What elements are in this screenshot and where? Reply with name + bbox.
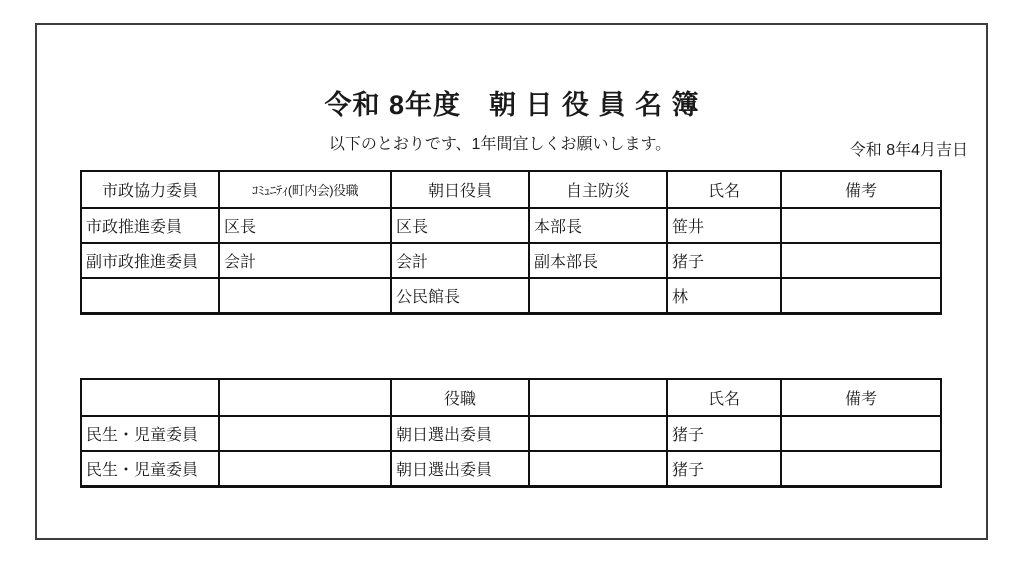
table-header-row: 市政協力委員 ｺﾐｭﾆﾃｨ(町内会)役職 朝日役員 自主防災 氏名 備考 [81,171,941,208]
header-cell: 市政協力委員 [81,171,219,208]
table-cell: 副市政推進委員 [81,243,219,278]
table-cell [219,416,391,451]
table-cell [781,451,941,486]
document-date: 令和 8年4月吉日 [850,137,968,160]
header-cell: 役職 [391,379,529,416]
page-title: 令和 8年度 朝 日 役 員 名 簿 [12,83,1012,122]
header-cell: 朝日役員 [391,171,529,208]
header-cell: ｺﾐｭﾆﾃｨ(町内会)役職 [219,171,391,208]
table-cell [781,278,941,313]
table-cell [219,278,391,313]
table-cell [781,416,941,451]
table-cell: 猪子 [667,243,781,278]
officer-roster-table: 市政協力委員 ｺﾐｭﾆﾃｨ(町内会)役職 朝日役員 自主防災 氏名 備考 市政推… [80,170,942,315]
table-cell: 市政推進委員 [81,208,219,243]
table-cell: 区長 [391,208,529,243]
table-cell: 副本部長 [529,243,667,278]
table-cell: 猪子 [667,416,781,451]
table-cell: 民生・児童委員 [81,416,219,451]
header-cell: 氏名 [667,379,781,416]
table-cell: 林 [667,278,781,313]
table-cell [781,243,941,278]
header-cell [219,379,391,416]
table-cell: 区長 [219,208,391,243]
table-cell: 民生・児童委員 [81,451,219,486]
header-cell [529,379,667,416]
table-cell [529,416,667,451]
table-cell: 猪子 [667,451,781,486]
table-header-row: 役職 氏名 備考 [81,379,941,416]
table-cell: 笹井 [667,208,781,243]
table-cell: 会計 [391,243,529,278]
table-cell [219,451,391,486]
table-cell: 本部長 [529,208,667,243]
table-cell: 朝日選出委員 [391,451,529,486]
header-cell: 備考 [781,171,941,208]
header-cell [81,379,219,416]
document-page: 令和 8年度 朝 日 役 員 名 簿 以下のとおりです、1年間宜しくお願いします… [0,0,1024,567]
header-cell: 自主防災 [529,171,667,208]
header-cell: 氏名 [667,171,781,208]
table-row: 民生・児童委員 朝日選出委員 猪子 [81,451,941,486]
table-cell [781,208,941,243]
table-cell [529,278,667,313]
table-row: 民生・児童委員 朝日選出委員 猪子 [81,416,941,451]
table-cell [81,278,219,313]
table-cell: 公民館長 [391,278,529,313]
welfare-committee-table: 役職 氏名 備考 民生・児童委員 朝日選出委員 猪子 民生・児童委員 朝日選出委… [80,378,942,488]
table-cell [529,451,667,486]
table-row: 市政推進委員 区長 区長 本部長 笹井 [81,208,941,243]
table-row: 公民館長 林 [81,278,941,313]
table-row: 副市政推進委員 会計 会計 副本部長 猪子 [81,243,941,278]
table-cell: 会計 [219,243,391,278]
table-cell: 朝日選出委員 [391,416,529,451]
header-cell: 備考 [781,379,941,416]
